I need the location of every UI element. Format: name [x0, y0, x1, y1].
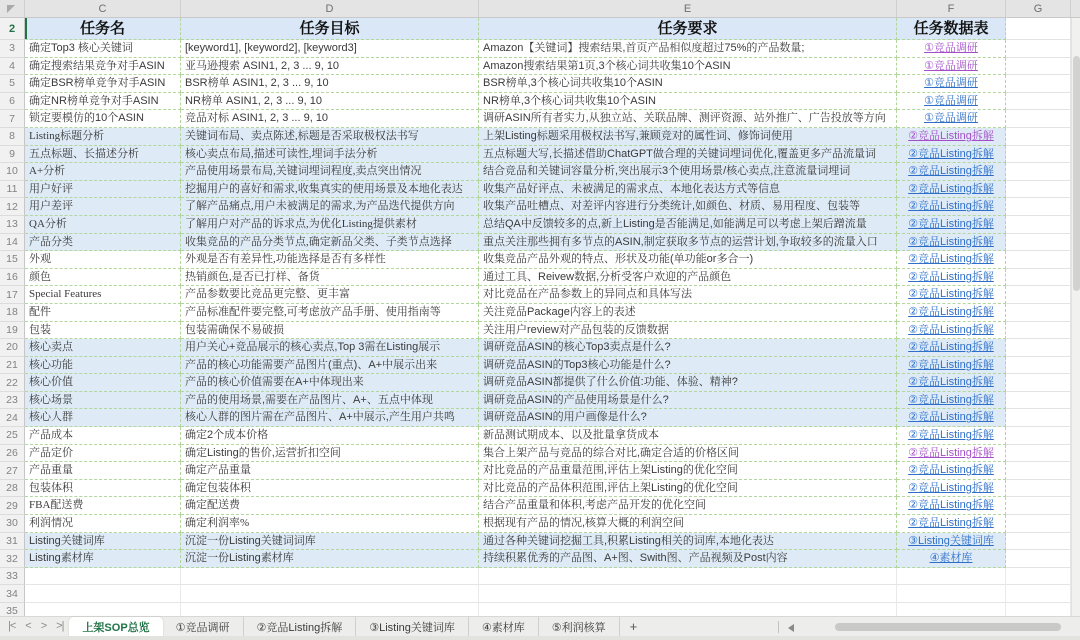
cell-empty-g[interactable]	[1006, 392, 1071, 410]
cell-empty[interactable]	[181, 585, 479, 603]
cell-task-req[interactable]: 结合竞品和关键词容量分析,突出展示3个使用场景/核心卖点,注意流量词埋词	[479, 163, 897, 181]
cell-empty[interactable]	[25, 568, 181, 586]
cell-empty-g[interactable]	[1006, 198, 1071, 216]
sheet-nav-group: |< < > >|	[0, 617, 69, 636]
sheet-link[interactable]: ①竞品调研	[924, 95, 978, 107]
cell-task-table[interactable]: ②竞品Listing拆解	[897, 322, 1006, 340]
sheet-row-8: 8Listing标题分析关键词布局、卖点陈述,标题是否采取极权法书写上架List…	[0, 128, 1071, 146]
cell-task-name[interactable]: 包装	[25, 322, 181, 340]
cell-task-table[interactable]: ②竞品Listing拆解	[897, 181, 1006, 199]
cell-task-req[interactable]: 收集产品吐槽点、对差评内容进行分类统计,如颜色、材质、易用程度、包装等	[479, 198, 897, 216]
row-number-12[interactable]: 12	[0, 198, 25, 216]
cell-task-name[interactable]: Listing标题分析	[25, 128, 181, 146]
cell-task-req[interactable]: 收集竞品产品外观的特点、形状及功能(单功能or多合一)	[479, 251, 897, 269]
cell-task-name[interactable]: Special Features	[25, 286, 181, 304]
sheet-link[interactable]: ②竞品Listing拆解	[908, 200, 994, 212]
sheet-link[interactable]: ①竞品调研	[924, 77, 978, 89]
cell-task-table[interactable]: ②竞品Listing拆解	[897, 462, 1006, 480]
cell-task-goal[interactable]: 核心卖点布局,描述可读性,埋词手法分析	[181, 146, 479, 164]
cell-task-goal[interactable]: 收集竞品的产品分类节点,确定新品父类、子类节点选择	[181, 234, 479, 252]
row-number-5[interactable]: 5	[0, 75, 25, 93]
cell-task-table[interactable]: ②竞品Listing拆解	[897, 251, 1006, 269]
cell-task-goal[interactable]: 产品的使用场景,需要在产品图片、A+、五点中体现	[181, 392, 479, 410]
sheet-row-19: 19包装包装需确保不易破损关注用户review对产品包装的反馈数据②竞品List…	[0, 322, 1071, 340]
sheet-link[interactable]: ②竞品Listing拆解	[908, 429, 994, 441]
header-cell-task-name[interactable]: 任务名	[25, 18, 181, 40]
cell-task-req[interactable]: 调研竞品ASIN的核心Top3卖点是什么?	[479, 339, 897, 357]
row-number-31[interactable]: 31	[0, 533, 25, 551]
cell-task-table[interactable]: ①竞品调研	[897, 58, 1006, 76]
column-letter-strip: CDEFG	[0, 0, 1080, 18]
cell-empty[interactable]	[897, 568, 1006, 586]
cell-task-table[interactable]: ④素材库	[897, 550, 1006, 568]
cell-task-goal[interactable]: 确定配送费	[181, 497, 479, 515]
sheet-row-33: 33	[0, 568, 1071, 586]
row-number-27[interactable]: 27	[0, 462, 25, 480]
cell-task-table[interactable]: ②竞品Listing拆解	[897, 163, 1006, 181]
column-header-C[interactable]: C	[25, 0, 181, 17]
sheet-row-12: 12用户差评了解产品痛点,用户未被满足的需求,为产品迭代提供方向收集产品吐槽点、…	[0, 198, 1071, 216]
sheet-link[interactable]: ②竞品Listing拆解	[908, 130, 994, 142]
cell-empty-g[interactable]	[1006, 286, 1071, 304]
cell-task-table[interactable]: ②竞品Listing拆解	[897, 234, 1006, 252]
sheet-row-6: 6确定NR榜单竞争对手ASINNR榜单 ASIN1, 2, 3 ... 9, 1…	[0, 93, 1071, 111]
cell-task-goal[interactable]: 确定包装体积	[181, 480, 479, 498]
cell-task-req[interactable]: 根据现有产品的情况,核算大概的利润空间	[479, 515, 897, 533]
status-strip	[0, 636, 1080, 640]
cell-task-name[interactable]: 核心人群	[25, 409, 181, 427]
cell-task-goal[interactable]: BSR榜单 ASIN1, 2, 3 ... 9, 10	[181, 75, 479, 93]
row-number-23[interactable]: 23	[0, 392, 25, 410]
cell-empty-g[interactable]	[1006, 339, 1071, 357]
first-sheet-button[interactable]: |<	[8, 621, 15, 632]
cell-empty-g[interactable]	[1006, 58, 1071, 76]
cell-empty-g[interactable]	[1006, 409, 1071, 427]
row-number-24[interactable]: 24	[0, 409, 25, 427]
sheet-row-4: 4确定搜索结果竞争对手ASIN亚马逊搜索 ASIN1, 2, 3 ... 9, …	[0, 58, 1071, 76]
select-all-corner[interactable]	[0, 0, 25, 17]
sheet-tab-6[interactable]: ⑤利润核算	[539, 617, 620, 636]
sheet-link[interactable]: ②竞品Listing拆解	[908, 236, 994, 248]
cell-empty[interactable]	[25, 603, 181, 616]
cell-empty-g[interactable]	[1006, 146, 1071, 164]
sheet-row-25: 25产品成本确定2个成本价格新品测试期成本、以及批量拿货成本②竞品Listing…	[0, 427, 1071, 445]
cell-task-name[interactable]: 产品定价	[25, 445, 181, 463]
sheet-row-20: 20核心卖点用户关心+竞品展示的核心卖点,Top 3需在Listing展示调研竞…	[0, 339, 1071, 357]
row-number-29[interactable]: 29	[0, 497, 25, 515]
cell-task-req[interactable]: 总结QA中反馈较多的点,新上Listing是否能满足,如能满足可以考虑上架后蹭流…	[479, 216, 897, 234]
cell-task-name[interactable]: 确定NR榜单竞争对手ASIN	[25, 93, 181, 111]
sheet-row-29: 29FBA配送费确定配送费结合产品重量和体积,考虑产品开发的优化空间②竞品Lis…	[0, 497, 1071, 515]
cell-task-goal[interactable]: 包装需确保不易破损	[181, 322, 479, 340]
sheet-tab-5[interactable]: ④素材库	[469, 617, 539, 636]
cell-task-req[interactable]: 结合产品重量和体积,考虑产品开发的优化空间	[479, 497, 897, 515]
cell-task-goal[interactable]: 关键词布局、卖点陈述,标题是否采取极权法书写	[181, 128, 479, 146]
sheet-row-21: 21核心功能产品的核心功能需要产品图片(重点)、A+中展示出来调研竞品ASIN的…	[0, 357, 1071, 375]
sheet-link[interactable]: ②竞品Listing拆解	[908, 499, 994, 511]
cell-task-table[interactable]: ②竞品Listing拆解	[897, 339, 1006, 357]
cell-task-table[interactable]: ①竞品调研	[897, 40, 1006, 58]
spreadsheet-app: CDEFG 2 任务名 任务目标 任务要求 任务数据表 3确定Top3 核心关键…	[0, 0, 1080, 640]
sheet-link[interactable]: ②竞品Listing拆解	[908, 148, 994, 160]
cell-task-goal[interactable]: 竞品对标 ASIN1, 2, 3 ... 9, 10	[181, 110, 479, 128]
sheet-tab-1[interactable]: 上架SOP总览	[69, 617, 162, 636]
cell-task-req[interactable]: Amazon搜索结果第1页,3个核心词共收集10个ASIN	[479, 58, 897, 76]
row-number-20[interactable]: 20	[0, 339, 25, 357]
cell-empty[interactable]	[897, 603, 1006, 616]
header-row: 2 任务名 任务目标 任务要求 任务数据表	[0, 18, 1071, 40]
cell-task-name[interactable]: 核心卖点	[25, 339, 181, 357]
cell-task-name[interactable]: 利润情况	[25, 515, 181, 533]
cell-task-name[interactable]: 用户差评	[25, 198, 181, 216]
column-header-G[interactable]: G	[1006, 0, 1071, 17]
add-sheet-button[interactable]: +	[620, 617, 648, 636]
cell-task-goal[interactable]: 核心人群的图片需在产品图片、A+中展示,产生用户共鸣	[181, 409, 479, 427]
cell-empty-g[interactable]	[1006, 515, 1071, 533]
cell-task-name[interactable]: 确定BSR榜单竞争对手ASIN	[25, 75, 181, 93]
sheet-row-5: 5确定BSR榜单竞争对手ASINBSR榜单 ASIN1, 2, 3 ... 9,…	[0, 75, 1071, 93]
corner-triangle-icon	[7, 5, 15, 13]
cell-empty-g[interactable]	[1006, 269, 1071, 287]
column-header-D[interactable]: D	[181, 0, 479, 17]
cell-empty-g[interactable]	[1006, 181, 1071, 199]
row-number-32[interactable]: 32	[0, 550, 25, 568]
prev-sheet-button[interactable]: <	[25, 621, 30, 632]
row-number-9[interactable]: 9	[0, 146, 25, 164]
cell-task-table[interactable]: ①竞品调研	[897, 110, 1006, 128]
cell-task-req[interactable]: 集合上架产品与竞品的综合对比,确定合适的价格区间	[479, 445, 897, 463]
last-sheet-button[interactable]: >|	[56, 621, 63, 632]
cell-task-goal[interactable]: [keyword1], [keyword2], [keyword3]	[181, 40, 479, 58]
cell-task-goal[interactable]: 确定利润率%	[181, 515, 479, 533]
cell-empty-g[interactable]	[1006, 427, 1071, 445]
cell-task-name[interactable]: 确定搜索结果竞争对手ASIN	[25, 58, 181, 76]
cell-task-name[interactable]: 核心场景	[25, 392, 181, 410]
sheet-tab-2[interactable]: ①竞品调研	[163, 617, 244, 636]
cell-task-req[interactable]: 调研竞品ASIN的用户画像是什么?	[479, 409, 897, 427]
header-cell-task-goal[interactable]: 任务目标	[181, 18, 479, 40]
cell-empty-g[interactable]	[1006, 480, 1071, 498]
cell-task-req[interactable]: 调研ASIN所有者实力,从独立站、关联品牌、测评资源、站外推广、广告投放等方向	[479, 110, 897, 128]
spreadsheet-grid: 2 任务名 任务目标 任务要求 任务数据表 3确定Top3 核心关键词[keyw…	[0, 18, 1071, 616]
horizontal-scrollbar-thumb[interactable]	[835, 623, 1061, 631]
sheet-link[interactable]: ②竞品Listing拆解	[908, 183, 994, 195]
sheet-row-26: 26产品定价确定Listing的售价,运营折扣空间集合上架产品与竞品的综合对比,…	[0, 445, 1071, 463]
cell-task-req[interactable]: 重点关注那些拥有多节点的ASIN,制定获取多节点的运营计划,争取较多的流量入口	[479, 234, 897, 252]
cell-task-goal[interactable]: NR榜单 ASIN1, 2, 3 ... 9, 10	[181, 93, 479, 111]
row-number-22[interactable]: 22	[0, 374, 25, 392]
sheet-link[interactable]: ②竞品Listing拆解	[908, 341, 994, 353]
cell-task-table[interactable]: ②竞品Listing拆解	[897, 392, 1006, 410]
cell-task-name[interactable]: 核心价值	[25, 374, 181, 392]
cell-empty[interactable]	[897, 585, 1006, 603]
row-number-26[interactable]: 26	[0, 445, 25, 463]
row-number-3[interactable]: 3	[0, 40, 25, 58]
vertical-scrollbar-thumb[interactable]	[1073, 56, 1080, 291]
cell-task-req[interactable]: 通过各种关键词挖掘工具,积累Listing相关的词库,本地化表达	[479, 533, 897, 551]
cell-task-goal[interactable]: 沉淀一份Listing素材库	[181, 550, 479, 568]
cell-task-name[interactable]: 锁定要模仿的10个ASIN	[25, 110, 181, 128]
sheet-row-10: 10A+分析产品使用场景布局,关键词埋词程度,卖点突出情况结合竞品和关键词容量分…	[0, 163, 1071, 181]
row-number-11[interactable]: 11	[0, 181, 25, 199]
sheet-link[interactable]: ②竞品Listing拆解	[908, 253, 994, 265]
cell-task-table[interactable]: ③Listing关键词库	[897, 533, 1006, 551]
cell-task-table[interactable]: ①竞品调研	[897, 93, 1006, 111]
cell-empty-g[interactable]	[1006, 40, 1071, 58]
cell-empty-g[interactable]	[1006, 234, 1071, 252]
sheet-row-7: 7锁定要模仿的10个ASIN竞品对标 ASIN1, 2, 3 ... 9, 10…	[0, 110, 1071, 128]
sheet-row-34: 34	[0, 585, 1071, 603]
row-number-4[interactable]: 4	[0, 58, 25, 76]
cell-task-req[interactable]: 对比竞品的产品体积范围,评估上架Listing的优化空间	[479, 480, 897, 498]
cell-task-table[interactable]: ②竞品Listing拆解	[897, 128, 1006, 146]
cell-empty-g[interactable]	[1006, 251, 1071, 269]
sheet-row-13: 13QA分析了解用户对产品的诉求点,为优化Listing提供素材总结QA中反馈较…	[0, 216, 1071, 234]
row-number-8[interactable]: 8	[0, 128, 25, 146]
cell-task-goal[interactable]: 外观是否有差异性,功能选择是否有多样性	[181, 251, 479, 269]
cell-empty-g[interactable]	[1006, 110, 1071, 128]
cell-empty[interactable]	[479, 603, 897, 616]
sheet-link[interactable]: ②竞品Listing拆解	[908, 324, 994, 336]
cell-task-name[interactable]: Listing关键词库	[25, 533, 181, 551]
cell-task-table[interactable]: ②竞品Listing拆解	[897, 269, 1006, 287]
row-number-15[interactable]: 15	[0, 251, 25, 269]
cell-task-table[interactable]: ②竞品Listing拆解	[897, 216, 1006, 234]
cell-task-name[interactable]: 外观	[25, 251, 181, 269]
cell-task-table[interactable]: ①竞品调研	[897, 75, 1006, 93]
cell-task-name[interactable]: A+分析	[25, 163, 181, 181]
cell-task-name[interactable]: 产品成本	[25, 427, 181, 445]
cell-task-table[interactable]: ②竞品Listing拆解	[897, 286, 1006, 304]
cell-empty-g[interactable]	[1006, 497, 1071, 515]
cell-task-req[interactable]: 上架Listing标题采用极权法书写,兼顾竞对的属性词、修饰词使用	[479, 128, 897, 146]
cell-task-table[interactable]: ②竞品Listing拆解	[897, 198, 1006, 216]
sheet-link[interactable]: ②竞品Listing拆解	[908, 376, 994, 388]
row-number-14[interactable]: 14	[0, 234, 25, 252]
cell-task-name[interactable]: FBA配送费	[25, 497, 181, 515]
row-number-10[interactable]: 10	[0, 163, 25, 181]
column-header-E[interactable]: E	[479, 0, 897, 17]
cell-empty[interactable]	[479, 585, 897, 603]
cell-task-table[interactable]: ②竞品Listing拆解	[897, 146, 1006, 164]
sheet-link[interactable]: ②竞品Listing拆解	[908, 165, 994, 177]
sheet-link[interactable]: ②竞品Listing拆解	[908, 464, 994, 476]
cell-empty[interactable]	[181, 603, 479, 616]
sheet-row-14: 14产品分类收集竞品的产品分类节点,确定新品父类、子类节点选择重点关注那些拥有多…	[0, 234, 1071, 252]
sheet-row-28: 28包装体积确定包装体积对比竞品的产品体积范围,评估上架Listing的优化空间…	[0, 480, 1071, 498]
cell-empty-g[interactable]	[1006, 357, 1071, 375]
sheet-link[interactable]: ②竞品Listing拆解	[908, 359, 994, 371]
cell-empty-g[interactable]	[1006, 533, 1071, 551]
strip-scrollbar-cap	[1071, 0, 1080, 17]
cell-task-req[interactable]: 持续积累优秀的产品图、A+图、Swith图、产品视频及Post内容	[479, 550, 897, 568]
sheet-row-15: 15外观外观是否有差异性,功能选择是否有多样性收集竞品产品外观的特点、形状及功能…	[0, 251, 1071, 269]
row-number-17[interactable]: 17	[0, 286, 25, 304]
cell-task-goal[interactable]: 挖掘用户的喜好和需求,收集真实的使用场景及本地化表达	[181, 181, 479, 199]
sheet-tab-4[interactable]: ③Listing关键词库	[356, 617, 469, 636]
sheet-link[interactable]: ②竞品Listing拆解	[908, 218, 994, 230]
cell-empty-g[interactable]	[1006, 93, 1071, 111]
sheet-link[interactable]: ②竞品Listing拆解	[908, 447, 994, 459]
cell-task-req[interactable]: 五点标题大写,长描述借助ChatGPT做合理的关键词埋词优化,覆盖更多产品流量词	[479, 146, 897, 164]
cell-task-name[interactable]: 用户好评	[25, 181, 181, 199]
cell-task-table[interactable]: ②竞品Listing拆解	[897, 497, 1006, 515]
sheet-row-17: 17Special Features产品参数要比竞品更完整、更丰富对比竞品在产品…	[0, 286, 1071, 304]
cell-empty[interactable]	[1006, 585, 1071, 603]
row-number-25[interactable]: 25	[0, 427, 25, 445]
sheet-link[interactable]: ②竞品Listing拆解	[908, 288, 994, 300]
cell-task-goal[interactable]: 产品的核心功能需要产品图片(重点)、A+中展示出来	[181, 357, 479, 375]
sheet-row-31: 31Listing关键词库沉淀一份Listing关键词词库通过各种关键词挖掘工具…	[0, 533, 1071, 551]
cell-empty-g[interactable]	[1006, 304, 1071, 322]
cell-task-name[interactable]: Listing素材库	[25, 550, 181, 568]
cell-empty[interactable]	[1006, 568, 1071, 586]
cell-empty-g[interactable]	[1006, 550, 1071, 568]
sheet-row-30: 30利润情况确定利润率%根据现有产品的情况,核算大概的利润空间②竞品Listin…	[0, 515, 1071, 533]
sheet-row-11: 11用户好评挖掘用户的喜好和需求,收集真实的使用场景及本地化表达收集产品好评点、…	[0, 181, 1071, 199]
sheet-row-22: 22核心价值产品的核心价值需要在A+中体现出来调研竞品ASIN都提供了什么价值:…	[0, 374, 1071, 392]
cell-task-name[interactable]: 确定Top3 核心关键词	[25, 40, 181, 58]
sheet-link[interactable]: ②竞品Listing拆解	[908, 517, 994, 529]
cell-task-goal[interactable]: 确定Listing的售价,运营折扣空间	[181, 445, 479, 463]
cell-empty-g[interactable]	[1006, 445, 1071, 463]
row-number-19[interactable]: 19	[0, 322, 25, 340]
cell-task-req[interactable]: 调研竞品ASIN的Top3核心功能是什么?	[479, 357, 897, 375]
cell-empty-g[interactable]	[1006, 163, 1071, 181]
row-number-6[interactable]: 6	[0, 93, 25, 111]
cell-empty[interactable]	[25, 585, 181, 603]
cell-empty-g[interactable]	[1006, 128, 1071, 146]
cell-empty-g[interactable]	[1006, 374, 1071, 392]
sheet-link[interactable]: ④素材库	[930, 552, 973, 564]
cell-task-goal[interactable]: 产品标准配件要完整,可考虑放产品手册、使用指南等	[181, 304, 479, 322]
cell-task-req[interactable]: 调研竞品ASIN的产品使用场景是什么?	[479, 392, 897, 410]
cell-task-table[interactable]: ②竞品Listing拆解	[897, 427, 1006, 445]
cell-task-req[interactable]: NR榜单,3个核心词共收集10个ASIN	[479, 93, 897, 111]
column-header-F[interactable]: F	[897, 0, 1006, 17]
cell-task-goal[interactable]: 热销颜色,是否已打样、备货	[181, 269, 479, 287]
cell-empty[interactable]	[181, 568, 479, 586]
cell-task-table[interactable]: ②竞品Listing拆解	[897, 374, 1006, 392]
row-number-28[interactable]: 28	[0, 480, 25, 498]
cell-task-table[interactable]: ②竞品Listing拆解	[897, 409, 1006, 427]
cell-task-req[interactable]: Amazon【关键词】搜索结果,首页产品相似度超过75%的产品数量;	[479, 40, 897, 58]
header-cell-task-table[interactable]: 任务数据表	[897, 18, 1006, 40]
cell-task-name[interactable]: QA分析	[25, 216, 181, 234]
sheet-row-16: 16颜色热销颜色,是否已打样、备货通过工具、Reivew数据,分析受客户欢迎的产…	[0, 269, 1071, 287]
sheet-link[interactable]: ①竞品调研	[924, 112, 978, 124]
sheet-link[interactable]: ①竞品调研	[924, 60, 978, 72]
sheet-link[interactable]: ②竞品Listing拆解	[908, 271, 994, 283]
tabbar-divider	[778, 621, 779, 633]
cell-task-req[interactable]: 对比竞品在产品参数上的异同点和具体写法	[479, 286, 897, 304]
cell-empty-g[interactable]	[1006, 462, 1071, 480]
sheet-link[interactable]: ②竞品Listing拆解	[908, 306, 994, 318]
sheet-row-27: 27产品重量确定产品重量对比竞品的产品重量范围,评估上架Listing的优化空间…	[0, 462, 1071, 480]
cell-task-goal[interactable]: 确定产品重量	[181, 462, 479, 480]
sheet-link[interactable]: ①竞品调研	[924, 42, 978, 54]
cell-task-table[interactable]: ②竞品Listing拆解	[897, 480, 1006, 498]
sheet-link[interactable]: ③Listing关键词库	[908, 535, 994, 547]
cell-task-req[interactable]: 调研竞品ASIN都提供了什么价值:功能、体验、精神?	[479, 374, 897, 392]
header-cell-task-req[interactable]: 任务要求	[479, 18, 897, 40]
cell-task-goal[interactable]: 产品参数要比竞品更完整、更丰富	[181, 286, 479, 304]
cell-task-goal[interactable]: 沉淀一份Listing关键词词库	[181, 533, 479, 551]
sheet-row-3: 3确定Top3 核心关键词[keyword1], [keyword2], [ke…	[0, 40, 1071, 58]
sheet-link[interactable]: ②竞品Listing拆解	[908, 394, 994, 406]
next-sheet-button[interactable]: >	[41, 621, 46, 632]
vertical-scrollbar[interactable]	[1071, 18, 1080, 616]
row-number-13[interactable]: 13	[0, 216, 25, 234]
cell-task-req[interactable]: 通过工具、Reivew数据,分析受客户欢迎的产品颜色	[479, 269, 897, 287]
sheet-tab-3[interactable]: ②竞品Listing拆解	[244, 617, 357, 636]
sheet-row-18: 18配件产品标准配件要完整,可考虑放产品手册、使用指南等关注竞品Package内…	[0, 304, 1071, 322]
cell-task-goal[interactable]: 了解用户对产品的诉求点,为优化Listing提供素材	[181, 216, 479, 234]
row-number-18[interactable]: 18	[0, 304, 25, 322]
hscroll-left-button[interactable]	[788, 624, 794, 632]
cell-task-name[interactable]: 颜色	[25, 269, 181, 287]
cell-task-table[interactable]: ②竞品Listing拆解	[897, 515, 1006, 533]
sheet-link[interactable]: ②竞品Listing拆解	[908, 411, 994, 423]
row-number-2[interactable]: 2	[0, 18, 25, 40]
cell-task-req[interactable]: 收集产品好评点、未被满足的需求点、本地化表达方式等信息	[479, 181, 897, 199]
cell-task-goal[interactable]: 产品的核心价值需要在A+中体现出来	[181, 374, 479, 392]
cell-task-req[interactable]: BSR榜单,3个核心词共收集10个ASIN	[479, 75, 897, 93]
cell-empty-g[interactable]	[1006, 75, 1071, 93]
header-cell-g[interactable]	[1006, 18, 1071, 40]
cell-empty-g[interactable]	[1006, 322, 1071, 340]
sheet-row-35: 35	[0, 603, 1071, 616]
cell-task-table[interactable]: ②竞品Listing拆解	[897, 304, 1006, 322]
cell-task-name[interactable]: 产品重量	[25, 462, 181, 480]
row-number-16[interactable]: 16	[0, 269, 25, 287]
sheet-row-23: 23核心场景产品的使用场景,需要在产品图片、A+、五点中体现调研竞品ASIN的产…	[0, 392, 1071, 410]
cell-task-goal[interactable]: 产品使用场景布局,关键词埋词程度,卖点突出情况	[181, 163, 479, 181]
cell-task-goal[interactable]: 确定2个成本价格	[181, 427, 479, 445]
row-number-35[interactable]: 35	[0, 603, 25, 616]
cell-empty-g[interactable]	[1006, 216, 1071, 234]
row-number-30[interactable]: 30	[0, 515, 25, 533]
sheet-row-32: 32Listing素材库沉淀一份Listing素材库持续积累优秀的产品图、A+图…	[0, 550, 1071, 568]
cell-task-table[interactable]: ②竞品Listing拆解	[897, 357, 1006, 375]
cell-task-req[interactable]: 对比竞品的产品重量范围,评估上架Listing的优化空间	[479, 462, 897, 480]
row-number-33[interactable]: 33	[0, 568, 25, 586]
sheet-link[interactable]: ②竞品Listing拆解	[908, 482, 994, 494]
sheet-row-9: 9五点标题、长描述分析核心卖点布局,描述可读性,埋词手法分析五点标题大写,长描述…	[0, 146, 1071, 164]
cell-task-req[interactable]: 关注竞品Package内容上的表述	[479, 304, 897, 322]
cell-task-name[interactable]: 产品分类	[25, 234, 181, 252]
cell-task-table[interactable]: ②竞品Listing拆解	[897, 445, 1006, 463]
row-number-7[interactable]: 7	[0, 110, 25, 128]
cell-empty[interactable]	[479, 568, 897, 586]
cell-task-goal[interactable]: 了解产品痛点,用户未被满足的需求,为产品迭代提供方向	[181, 198, 479, 216]
cell-task-name[interactable]: 配件	[25, 304, 181, 322]
cell-task-name[interactable]: 核心功能	[25, 357, 181, 375]
cell-task-req[interactable]: 关注用户review对产品包装的反馈数据	[479, 322, 897, 340]
cell-task-goal[interactable]: 亚马逊搜索 ASIN1, 2, 3 ... 9, 10	[181, 58, 479, 76]
row-number-21[interactable]: 21	[0, 357, 25, 375]
cell-empty[interactable]	[1006, 603, 1071, 616]
cell-task-goal[interactable]: 用户关心+竞品展示的核心卖点,Top 3需在Listing展示	[181, 339, 479, 357]
sheet-tab-bar: |< < > >| 上架SOP总览①竞品调研②竞品Listing拆解③Listi…	[0, 616, 1080, 636]
row-number-34[interactable]: 34	[0, 585, 25, 603]
cell-task-name[interactable]: 五点标题、长描述分析	[25, 146, 181, 164]
cell-task-req[interactable]: 新品测试期成本、以及批量拿货成本	[479, 427, 897, 445]
sheet-row-24: 24核心人群核心人群的图片需在产品图片、A+中展示,产生用户共鸣调研竞品ASIN…	[0, 409, 1071, 427]
cell-task-name[interactable]: 包装体积	[25, 480, 181, 498]
